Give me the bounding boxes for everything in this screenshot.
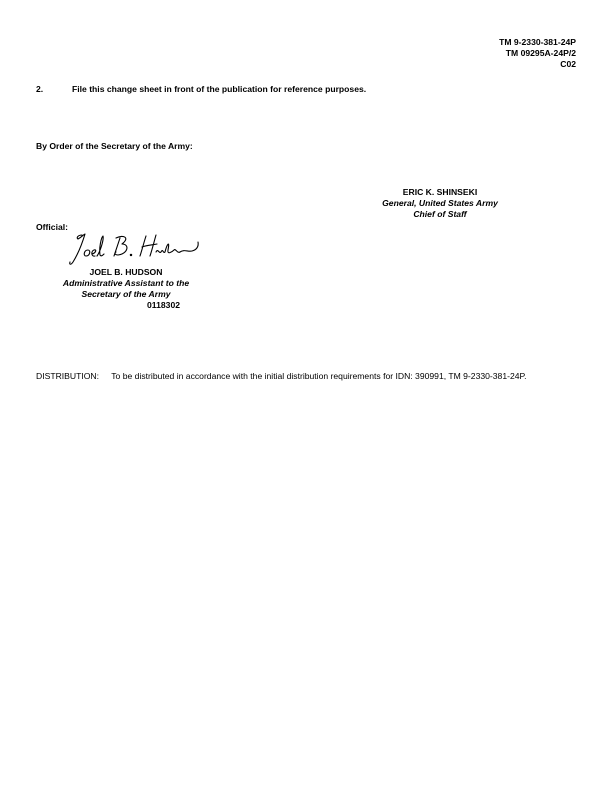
distribution-label: DISTRIBUTION: (36, 371, 99, 381)
paragraph-text: File this change sheet in front of the p… (72, 84, 366, 94)
by-order-statement: By Order of the Secretary of the Army: (36, 141, 193, 151)
paragraph-number: 2. (36, 84, 43, 94)
chief-name: ERIC K. SHINSEKI (370, 187, 510, 198)
chief-position: Chief of Staff (370, 209, 510, 220)
official-code: 0118302 (36, 300, 216, 311)
chief-title: General, United States Army (370, 198, 510, 209)
official-name: JOEL B. HUDSON (36, 267, 216, 278)
chief-of-staff-signature-block: ERIC K. SHINSEKI General, United States … (370, 187, 510, 220)
signature-icon (64, 230, 204, 266)
official-title: Administrative Assistant to the (36, 278, 216, 289)
document-header: TM 9-2330-381-24P TM 09295A-24P/2 C02 (499, 37, 576, 70)
distribution-text: To be distributed in accordance with the… (111, 371, 526, 381)
tm-number-secondary: TM 09295A-24P/2 (499, 48, 576, 59)
distribution-statement: DISTRIBUTION: To be distributed in accor… (36, 371, 576, 382)
change-number: C02 (499, 59, 576, 70)
official-title-continued: Secretary of the Army (36, 289, 216, 300)
official-signature-block: JOEL B. HUDSON Administrative Assistant … (36, 267, 216, 311)
tm-number-primary: TM 9-2330-381-24P (499, 37, 576, 48)
